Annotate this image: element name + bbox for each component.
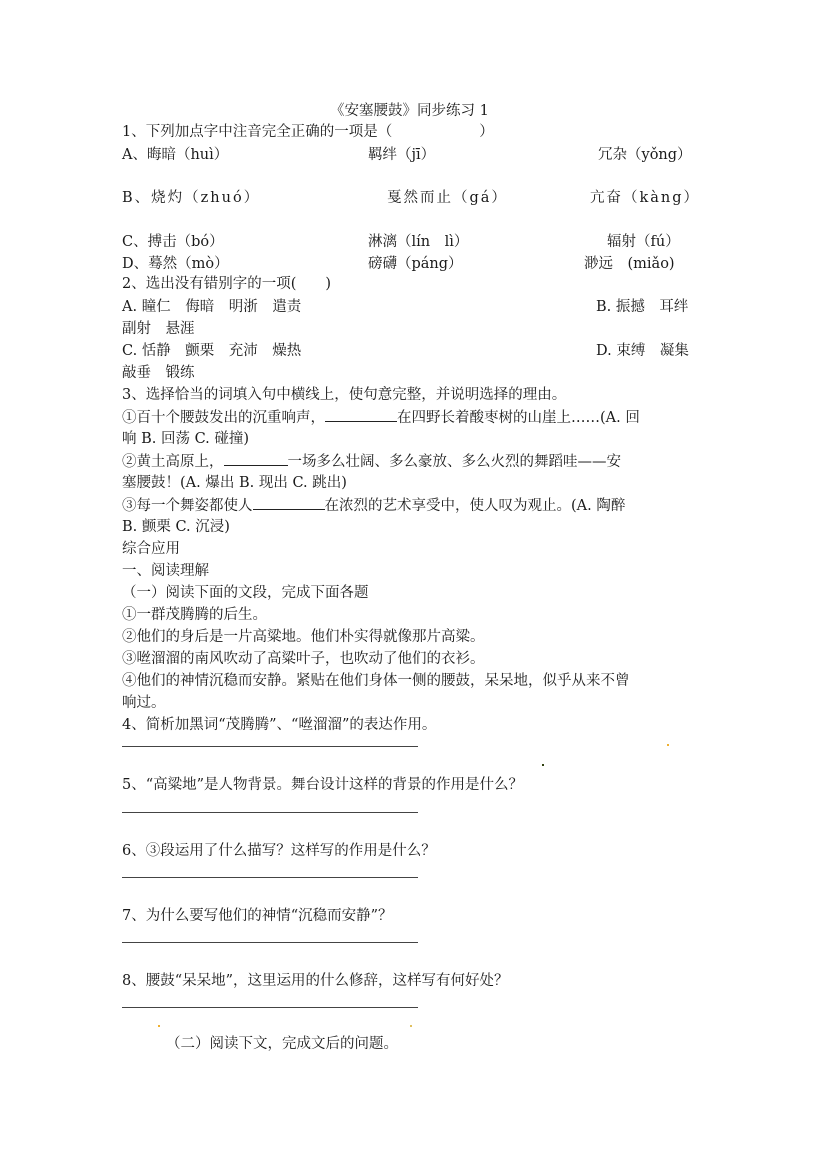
- q1-option-b-3: 亢奋（kàng）: [590, 188, 700, 208]
- question-7: 7、为什么要写他们的神情“沉稳而安静”？: [122, 906, 393, 926]
- q1-option-c-1: C、搏击（bó）: [122, 232, 224, 252]
- q3-sentence-2-line-2: 塞腰鼓！(A. 爆出 B. 现出 C. 跳出): [122, 473, 347, 493]
- section-heading-reading: 一、阅读理解: [122, 561, 209, 581]
- q3-sentence-1-line-2: 响 B. 回荡 C. 碰撞): [122, 429, 249, 449]
- q1-option-d-1: D、蓦然（mò）: [122, 254, 229, 274]
- question-4: 4、简析加黑词“茂腾腾”、“咝溜溜”的表达作用。: [122, 715, 436, 735]
- q3-s2-suffix: 一场多么壮阔、多么豪放、多么火烈的舞蹈哇——安: [288, 454, 622, 470]
- question-5: 5、“高粱地”是人物背景。舞台设计这样的背景的作用是什么？: [122, 775, 523, 795]
- answer-line-4[interactable]: [122, 746, 418, 747]
- speck-mark: [667, 744, 669, 746]
- passage-paragraph-1: ①一群茂腾腾的后生。: [122, 605, 267, 625]
- q3-sentence-3-line-2: B. 颤栗 C. 沉浸): [122, 517, 230, 537]
- q1-option-d-2: 磅礴（páng）: [368, 254, 463, 274]
- q3-s2-blank[interactable]: [224, 451, 288, 466]
- passage-paragraph-4-line-1: ④他们的神情沉稳而安静。紧贴在他们身体一侧的腰鼓，呆呆地，似乎从来不曾: [122, 671, 630, 691]
- q3-s2-prefix: ②黄土高原上，: [122, 454, 224, 470]
- speck-mark: [410, 1025, 412, 1027]
- q1-option-d-3: 渺远 (miǎo): [584, 254, 675, 274]
- question-1-stem: 1、下列加点字中注音完全正确的一项是（ ）: [122, 122, 494, 142]
- q3-sentence-2-line-1: ②黄土高原上，一场多么壮阔、多么豪放、多么火烈的舞蹈哇——安: [122, 451, 621, 472]
- answer-line-6[interactable]: [122, 877, 418, 878]
- q3-s3-suffix: 在浓烈的艺术享受中，使人叹为观止。(A. 陶醉: [325, 498, 626, 514]
- q2-option-d-part1: D. 束缚 凝集: [596, 341, 689, 361]
- document-title: 《安塞腰鼓》同步练习 1: [330, 101, 489, 121]
- q3-s3-blank[interactable]: [253, 495, 325, 510]
- question-8: 8、腰鼓“呆呆地”，这里运用的什么修辞，这样写有何好处？: [122, 971, 509, 991]
- speck-mark: [542, 764, 544, 766]
- question-2-stem: 2、选出没有错别字的一项( ): [122, 274, 331, 294]
- speck-mark: [158, 1025, 160, 1027]
- q3-sentence-1-line-1: ①百十个腰鼓发出的沉重响声，在四野长着酸枣树的山崖上……(A. 回: [122, 407, 640, 428]
- q2-option-b-part2: 副射 悬涯: [122, 319, 195, 339]
- q3-s1-suffix: 在四野长着酸枣树的山崖上……(A. 回: [397, 410, 640, 426]
- q2-option-d-part2: 敲垂 锻练: [122, 363, 195, 383]
- section-heading-part2: （二）阅读下文，完成文后的问题。: [166, 1034, 398, 1054]
- passage-paragraph-3: ③咝溜溜的南风吹动了高粱叶子，也吹动了他们的衣衫。: [122, 649, 485, 669]
- q1-option-b-1: B、烧灼（zhuó）: [122, 188, 260, 208]
- q1-option-c-3: 辐射（fú）: [607, 232, 680, 252]
- passage-paragraph-2: ②他们的身后是一片高粱地。他们朴实得就像那片高粱。: [122, 627, 485, 647]
- answer-line-8[interactable]: [122, 1007, 418, 1008]
- passage-paragraph-4-line-2: 响过。: [122, 693, 166, 713]
- q1-option-a-2: 羁绊（jī）: [368, 145, 435, 165]
- q2-option-b-part1: B. 振撼 耳绊: [596, 297, 688, 317]
- question-6: 6、③段运用了什么描写？这样写的作用是什么？: [122, 841, 436, 861]
- q1-option-a-1: A、晦暗（huì）: [122, 145, 228, 165]
- q1-option-b-2: 戛然而止（gá）: [387, 188, 508, 208]
- q3-sentence-3-line-1: ③每一个舞姿都使人在浓烈的艺术享受中，使人叹为观止。(A. 陶醉: [122, 495, 625, 516]
- question-3-stem: 3、选择恰当的词填入句中横线上，使句意完整，并说明选择的理由。: [122, 385, 566, 405]
- answer-line-7[interactable]: [122, 942, 418, 943]
- section-heading-part1: （一）阅读下面的文段，完成下面各题: [122, 583, 369, 603]
- q2-option-a: A. 瞳仁 侮暗 明浙 遣责: [122, 297, 301, 317]
- q1-option-c-2: 淋漓（lín lì）: [368, 232, 468, 252]
- section-heading-comprehensive: 综合应用: [122, 539, 180, 559]
- q3-s1-blank[interactable]: [325, 407, 397, 422]
- answer-line-5[interactable]: [122, 812, 418, 813]
- q1-option-a-3: 冗杂（yǒng）: [598, 145, 692, 165]
- q3-s3-prefix: ③每一个舞姿都使人: [122, 498, 253, 514]
- q3-s1-prefix: ①百十个腰鼓发出的沉重响声，: [122, 410, 325, 426]
- q2-option-c: C. 恬静 颤栗 充沛 燥热: [122, 341, 301, 361]
